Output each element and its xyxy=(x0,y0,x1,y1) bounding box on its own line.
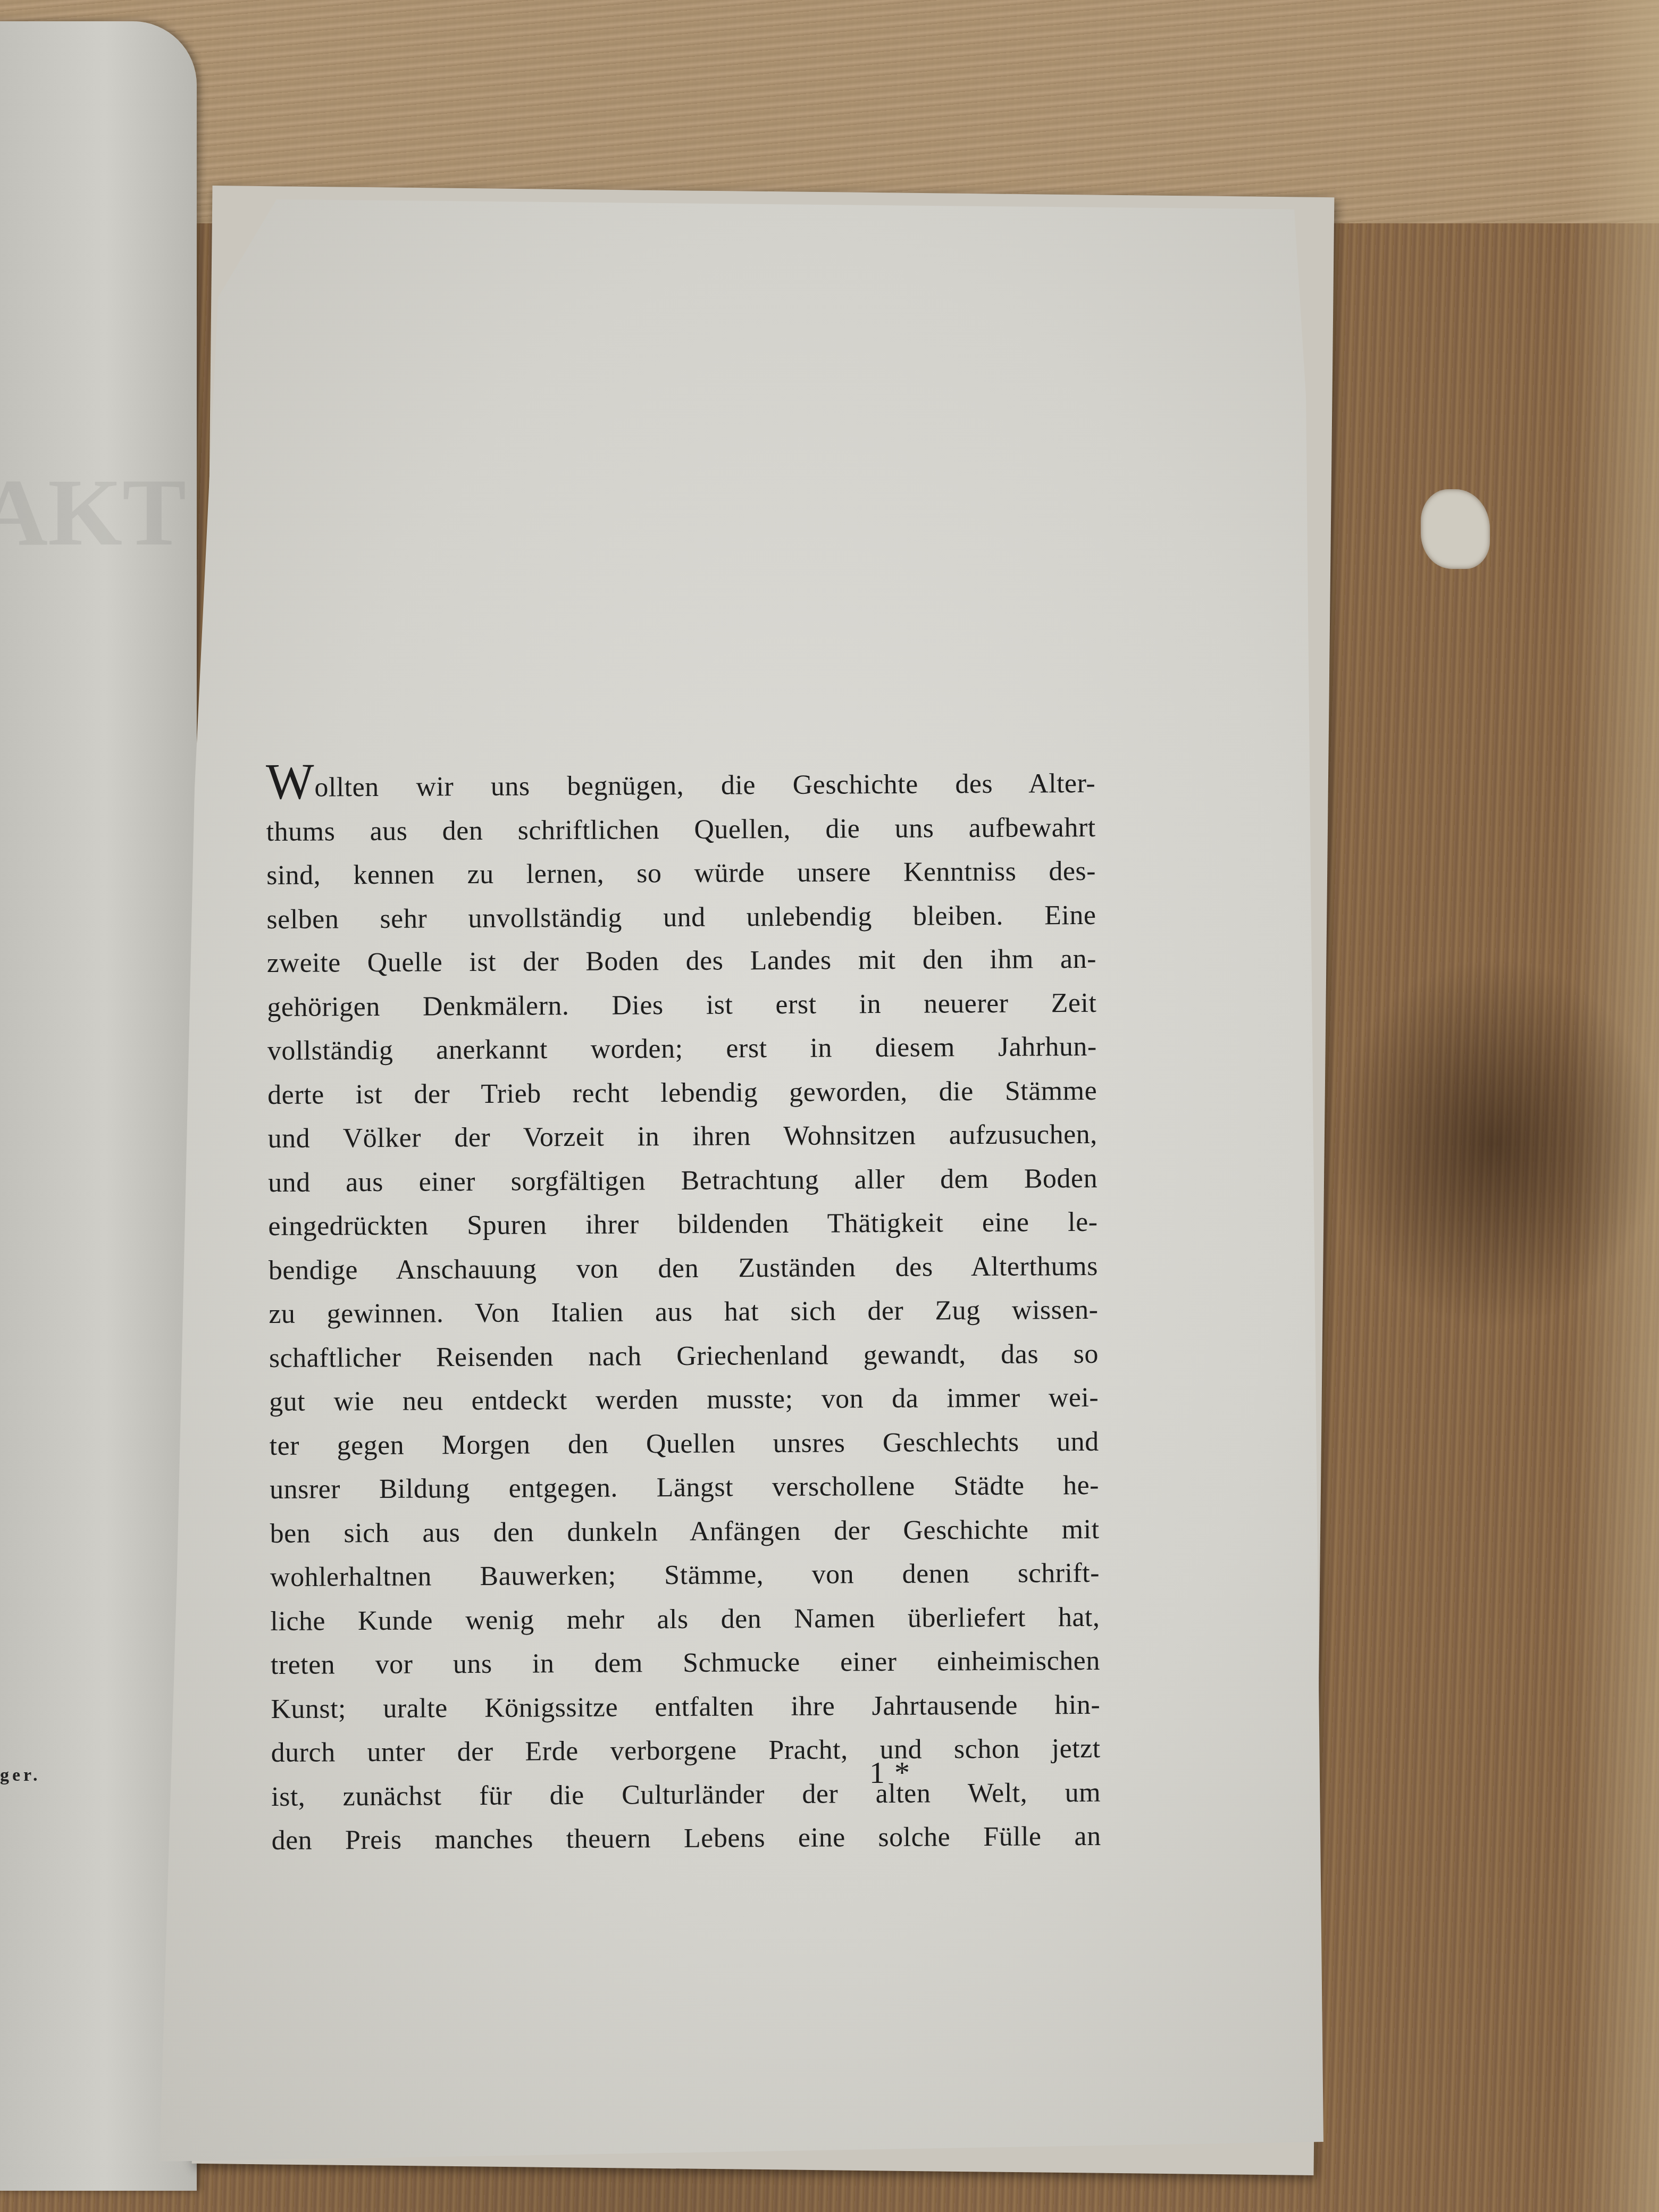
text-line: sind, kennen zu lernen, so würde unsere … xyxy=(266,850,1096,898)
text-line: und aus einer sorgfältigen Betrachtung a… xyxy=(268,1157,1097,1205)
table-shadow xyxy=(1329,957,1659,1329)
body-text: Wollten wir uns begnügen, die Geschichte… xyxy=(266,761,1101,1863)
text-line: bendige Anschauung von den Zuständen des… xyxy=(269,1244,1098,1293)
text-line: Wollten wir uns begnügen, die Geschichte… xyxy=(266,761,1095,810)
text-line: vollständig anerkannt worden; erst in di… xyxy=(267,1025,1097,1074)
text-line: unsrer Bildung entgegen. Längst verschol… xyxy=(270,1464,1099,1512)
text-line: derte ist der Trieb recht lebendig gewor… xyxy=(267,1069,1097,1117)
text-line: zweite Quelle ist der Boden des Landes m… xyxy=(267,937,1096,986)
text-line: durch unter der Erde verborgene Pracht, … xyxy=(271,1727,1101,1775)
left-page-fragment: ger. xyxy=(0,1765,41,1786)
text-line: gut wie neu entdeckt werden musste; von … xyxy=(269,1376,1099,1425)
drop-cap: W xyxy=(266,753,315,810)
text-line: ben sich aus den dunkeln Anfängen der Ge… xyxy=(270,1507,1099,1556)
left-page: AKT xyxy=(0,21,197,2191)
left-page-bleedthrough: AKT xyxy=(0,457,186,567)
text-line: den Preis manches theuern Lebens eine so… xyxy=(271,1815,1101,1863)
text-line: und Völker der Vorzeit in ihren Wohnsitz… xyxy=(267,1113,1097,1161)
text-line: schaftlicher Reisenden nach Griechenland… xyxy=(269,1332,1099,1380)
text-line: ter gegen Morgen den Quellen unsres Gesc… xyxy=(269,1420,1099,1468)
text-line: thums aus den schriftlichen Quellen, die… xyxy=(266,806,1095,854)
paint-chip xyxy=(1421,489,1490,569)
text-line: wohlerhaltnen Bauwerken; Stämme, von den… xyxy=(270,1552,1100,1600)
signature-mark: 1* xyxy=(869,1755,919,1790)
text-line: gehörigen Denkmälern. Dies ist erst in n… xyxy=(267,981,1096,1029)
text-line: treten vor uns in dem Schmucke einer ein… xyxy=(271,1639,1100,1688)
text-line: liche Kunde wenig mehr als den Namen übe… xyxy=(270,1595,1100,1644)
text-line: selben sehr unvollständig und unlebendig… xyxy=(266,893,1096,942)
text-line: ist, zunächst für die Culturländer der a… xyxy=(271,1771,1101,1819)
text-line: zu gewinnen. Von Italien aus hat sich de… xyxy=(269,1288,1098,1337)
text-line: eingedrückten Spuren ihrer bildenden Thä… xyxy=(268,1201,1097,1249)
text-line: Kunst; uralte Königssitze entfalten ihre… xyxy=(271,1683,1100,1731)
